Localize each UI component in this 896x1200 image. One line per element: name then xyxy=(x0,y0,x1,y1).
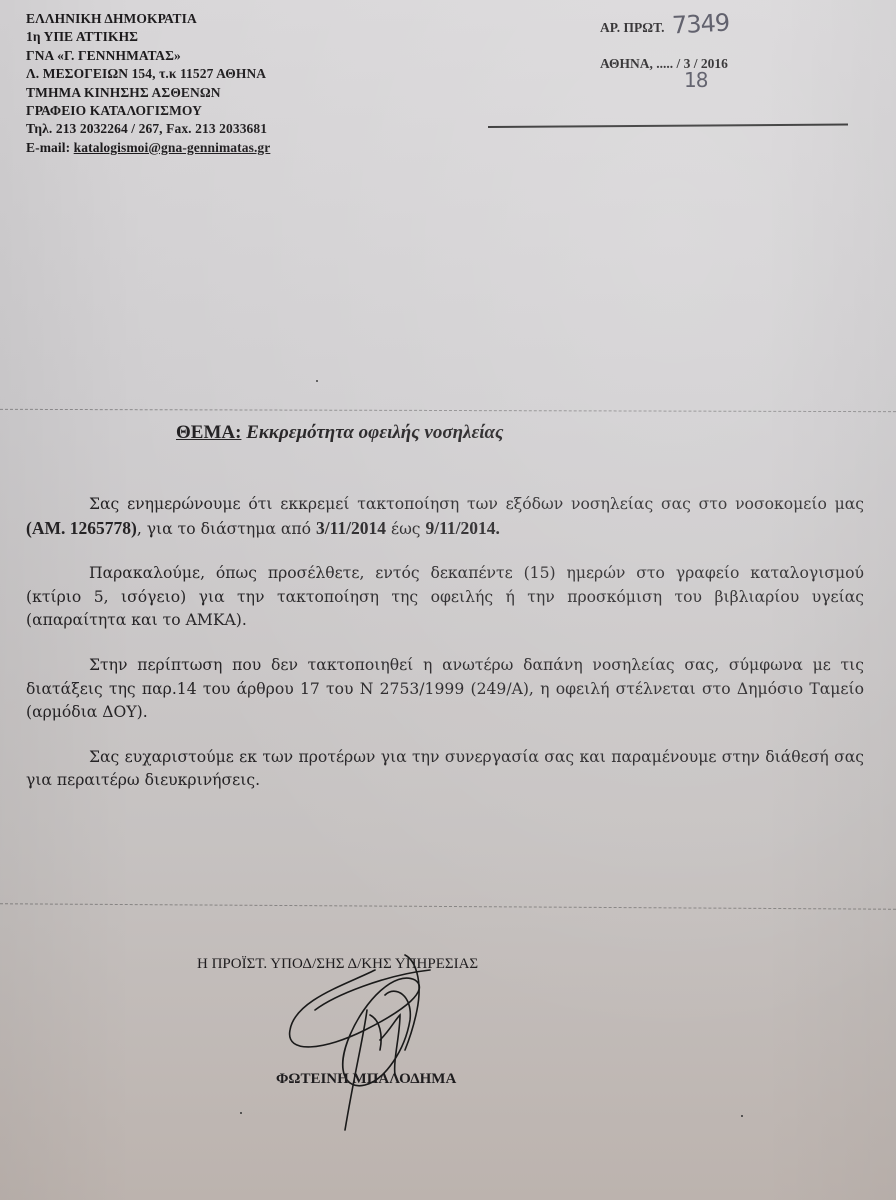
paper-fold-line xyxy=(0,903,896,909)
sender-phone: Τηλ. 213 2032264 / 267, Fax. 213 2033681 xyxy=(26,120,270,138)
email-label: E-mail: xyxy=(26,140,74,155)
handwritten-signature xyxy=(255,940,555,1140)
sender-line: 1η ΥΠΕ ΑΤΤΙΚΗΣ xyxy=(26,28,270,46)
header-divider xyxy=(488,123,848,128)
paper-speck xyxy=(741,1115,743,1117)
p1-text: έως xyxy=(386,520,425,538)
email-link[interactable]: katalogismoi@gna-gennimatas.gr xyxy=(74,140,271,155)
p1-text: Σας ενημερώνουμε ότι εκκρεμεί τακτοποίησ… xyxy=(89,495,864,513)
paragraph-2: Παρακαλούμε, όπως προσέλθετε, εντός δεκα… xyxy=(26,562,864,633)
sender-line: Λ. ΜΕΣΟΓΕΙΩΝ 154, τ.κ 11527 ΑΘΗΝΑ xyxy=(26,65,270,83)
sender-line: ΕΛΛΗΝΙΚΗ ΔΗΜΟΚΡΑΤΙΑ xyxy=(26,10,270,28)
place-label: ΑΘΗΝΑ, xyxy=(600,56,653,71)
paragraph-4: Σας ευχαριστούμε εκ των προτέρων για την… xyxy=(26,746,864,793)
protocol-row: ΑΡ. ΠΡΩΤ. 7349 xyxy=(600,20,728,56)
sender-email-row: E-mail: katalogismoi@gna-gennimatas.gr xyxy=(26,139,270,157)
paragraph-3: Στην περίπτωση που δεν τακτοποιηθεί η αν… xyxy=(26,654,864,725)
sender-line: ΤΜΗΜΑ ΚΙΝΗΣΗΣ ΑΣΘΕΝΩΝ xyxy=(26,84,270,102)
subject-line: ΘΕΜΑ: Εκκρεμότητα οφειλής νοσηλείας xyxy=(176,422,504,444)
day-handwritten: 18 xyxy=(684,68,707,92)
subject-label: ΘΕΜΑ: xyxy=(176,422,241,443)
period-end: 9/11/2014. xyxy=(425,518,499,538)
letter-page: ΕΛΛΗΝΙΚΗ ΔΗΜΟΚΡΑΤΙΑ 1η ΥΠΕ ΑΤΤΙΚΗΣ ΓΝΑ «… xyxy=(0,0,896,1200)
sender-block: ΕΛΛΗΝΙΚΗ ΔΗΜΟΚΡΑΤΙΑ 1η ΥΠΕ ΑΤΤΙΚΗΣ ΓΝΑ «… xyxy=(26,10,270,157)
sender-line: ΓΡΑΦΕΙΟ ΚΑΤΑΛΟΓΙΣΜΟΥ xyxy=(26,102,270,120)
sender-line: ΓΝΑ «Γ. ΓΕΝΝΗΜΑΤΑΣ» xyxy=(26,47,270,65)
protocol-label: ΑΡ. ΠΡΩΤ. xyxy=(600,20,664,35)
paper-speck xyxy=(316,380,318,382)
period-start: 3/11/2014 xyxy=(316,518,386,538)
protocol-number-handwritten: 7349 xyxy=(671,9,729,40)
p1-text: , για το διάστημα από xyxy=(137,520,316,538)
subject-text: Εκκρεμότητα οφειλής νοσηλείας xyxy=(246,422,503,443)
reference-block: ΑΡ. ΠΡΩΤ. 7349 ΑΘΗΝΑ, ..... / 3 / 2016 1… xyxy=(600,20,728,92)
date-row: ΑΘΗΝΑ, ..... / 3 / 2016 18 xyxy=(600,56,728,92)
letter-body: Σας ενημερώνουμε ότι εκκρεμεί τακτοποίησ… xyxy=(26,493,864,814)
patient-record-number: (ΑΜ. 1265778) xyxy=(26,518,137,538)
date-dots: ..... xyxy=(656,56,673,71)
paper-fold-line xyxy=(0,409,896,412)
paper-speck xyxy=(240,1112,242,1114)
signatory-name: ΦΩΤΕΙΝΗ ΜΠΑΛΟΔΗΜΑ xyxy=(276,1071,456,1088)
paragraph-1: Σας ενημερώνουμε ότι εκκρεμεί τακτοποίησ… xyxy=(26,493,864,541)
